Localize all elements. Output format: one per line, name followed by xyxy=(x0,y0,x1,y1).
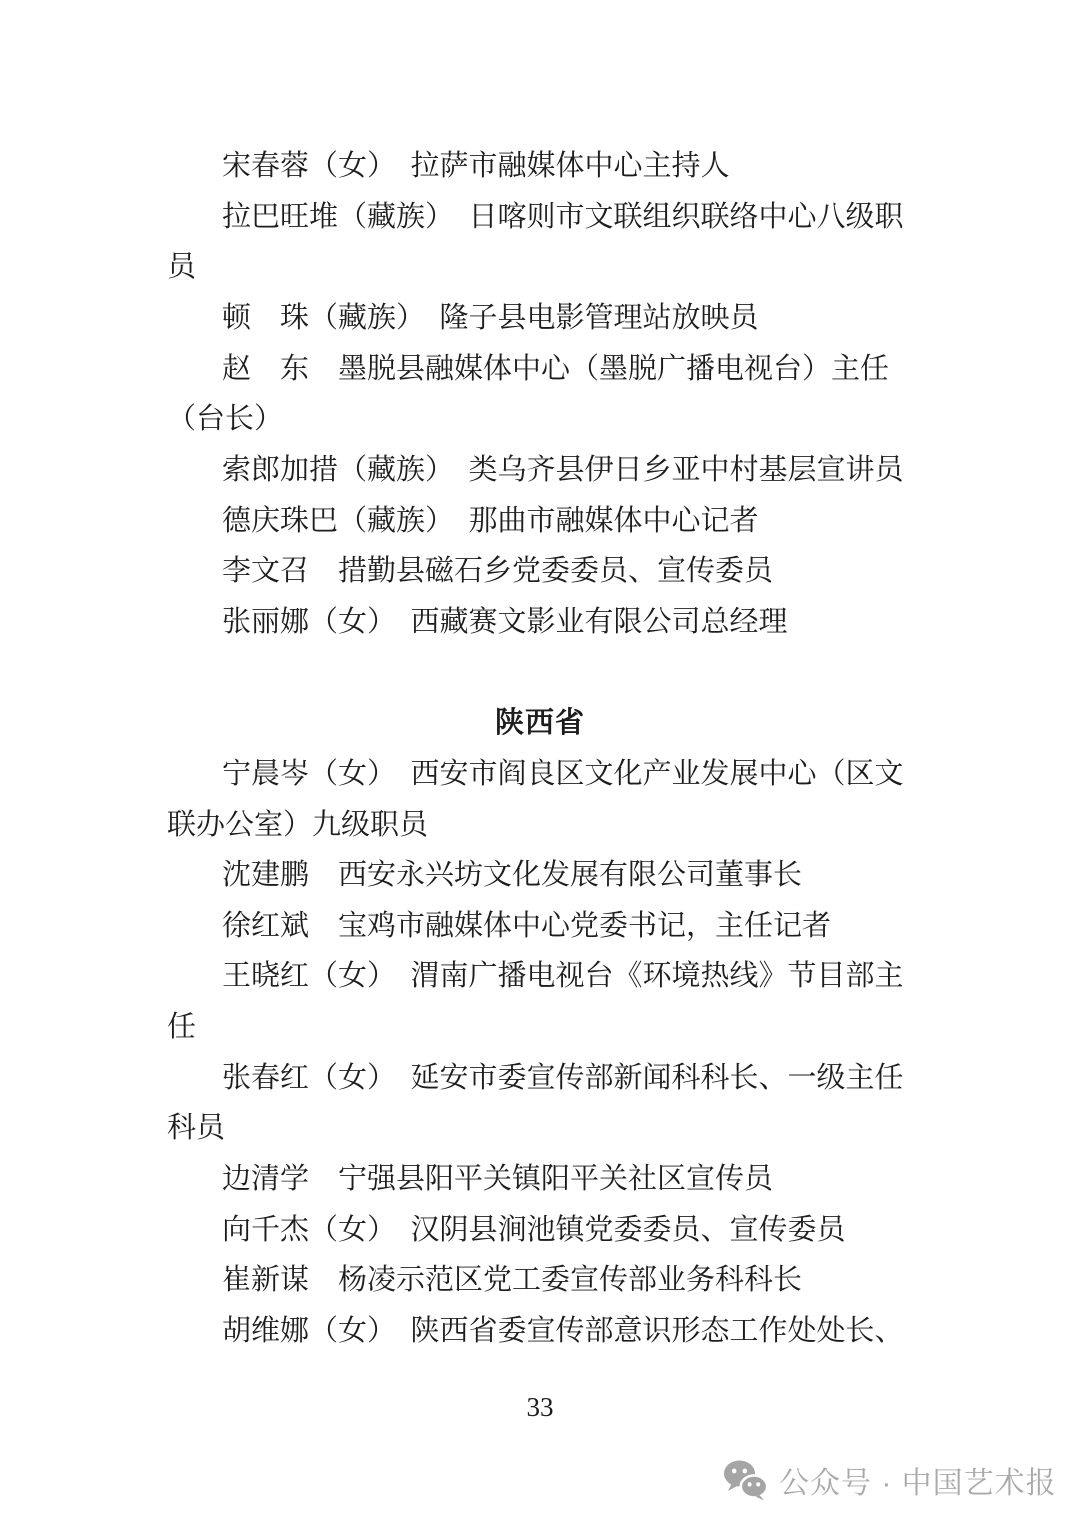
entry-line: 王晓红（女） 渭南广播电视台《环境热线》节目部主 xyxy=(167,951,913,1002)
entry-line: 徐红斌 宝鸡市融媒体中心党委书记，主任记者 xyxy=(167,901,913,952)
entry-line: 崔新谋 杨凌示范区党工委宣传部业务科科长 xyxy=(167,1255,913,1306)
entry-line: 德庆珠巴（藏族） 那曲市融媒体中心记者 xyxy=(167,496,913,547)
award-name-list: 宋春蓉（女） 拉萨市融媒体中心主持人拉巴旺堆（藏族） 日喀则市文联组织联络中心八… xyxy=(167,141,913,1357)
entry-line-continuation: 科员 xyxy=(167,1103,913,1154)
entry-line: 拉巴旺堆（藏族） 日喀则市文联组织联络中心八级职 xyxy=(167,192,913,243)
entry-line: 李文召 措勤县磁石乡党委委员、宣传委员 xyxy=(167,546,913,597)
entry-line: 胡维娜（女） 陕西省委宣传部意识形态工作处处长、 xyxy=(167,1306,913,1357)
document-page: 宋春蓉（女） 拉萨市融媒体中心主持人拉巴旺堆（藏族） 日喀则市文联组织联络中心八… xyxy=(0,0,1080,1526)
entry-line: 赵 东 墨脱县融媒体中心（墨脱广播电视台）主任 xyxy=(167,344,913,395)
entry-line-continuation: 任 xyxy=(167,1002,913,1053)
wechat-icon xyxy=(723,1460,768,1501)
entry-line-continuation: 联办公室）九级职员 xyxy=(167,800,913,851)
entry-line: 沈建鹏 西安永兴坊文化发展有限公司董事长 xyxy=(167,850,913,901)
entry-line: 张春红（女） 延安市委宣传部新闻科科长、一级主任 xyxy=(167,1053,913,1104)
watermark-footer: 公众号 · 中国艺术报 xyxy=(723,1458,1057,1502)
entry-line: 边清学 宁强县阳平关镇阳平关社区宣传员 xyxy=(167,1154,913,1205)
entry-line: 张丽娜（女） 西藏赛文影业有限公司总经理 xyxy=(167,597,913,648)
entry-line: 向千杰（女） 汉阴县涧池镇党委委员、宣传委员 xyxy=(167,1205,913,1256)
section-header: 陕西省 xyxy=(167,698,913,749)
entry-line: 宋春蓉（女） 拉萨市融媒体中心主持人 xyxy=(167,141,913,192)
entry-line-continuation: 员 xyxy=(167,242,913,293)
watermark-text: 公众号 · 中国艺术报 xyxy=(779,1458,1057,1502)
page-number: 33 xyxy=(0,1392,1080,1423)
entry-line: 顿 珠（藏族） 隆子县电影管理站放映员 xyxy=(167,293,913,344)
entry-line-continuation: （台长） xyxy=(167,394,913,445)
entry-line: 索郎加措（藏族） 类乌齐县伊日乡亚中村基层宣讲员 xyxy=(167,445,913,496)
entry-line: 宁晨岑（女） 西安市阎良区文化产业发展中心（区文 xyxy=(167,749,913,800)
